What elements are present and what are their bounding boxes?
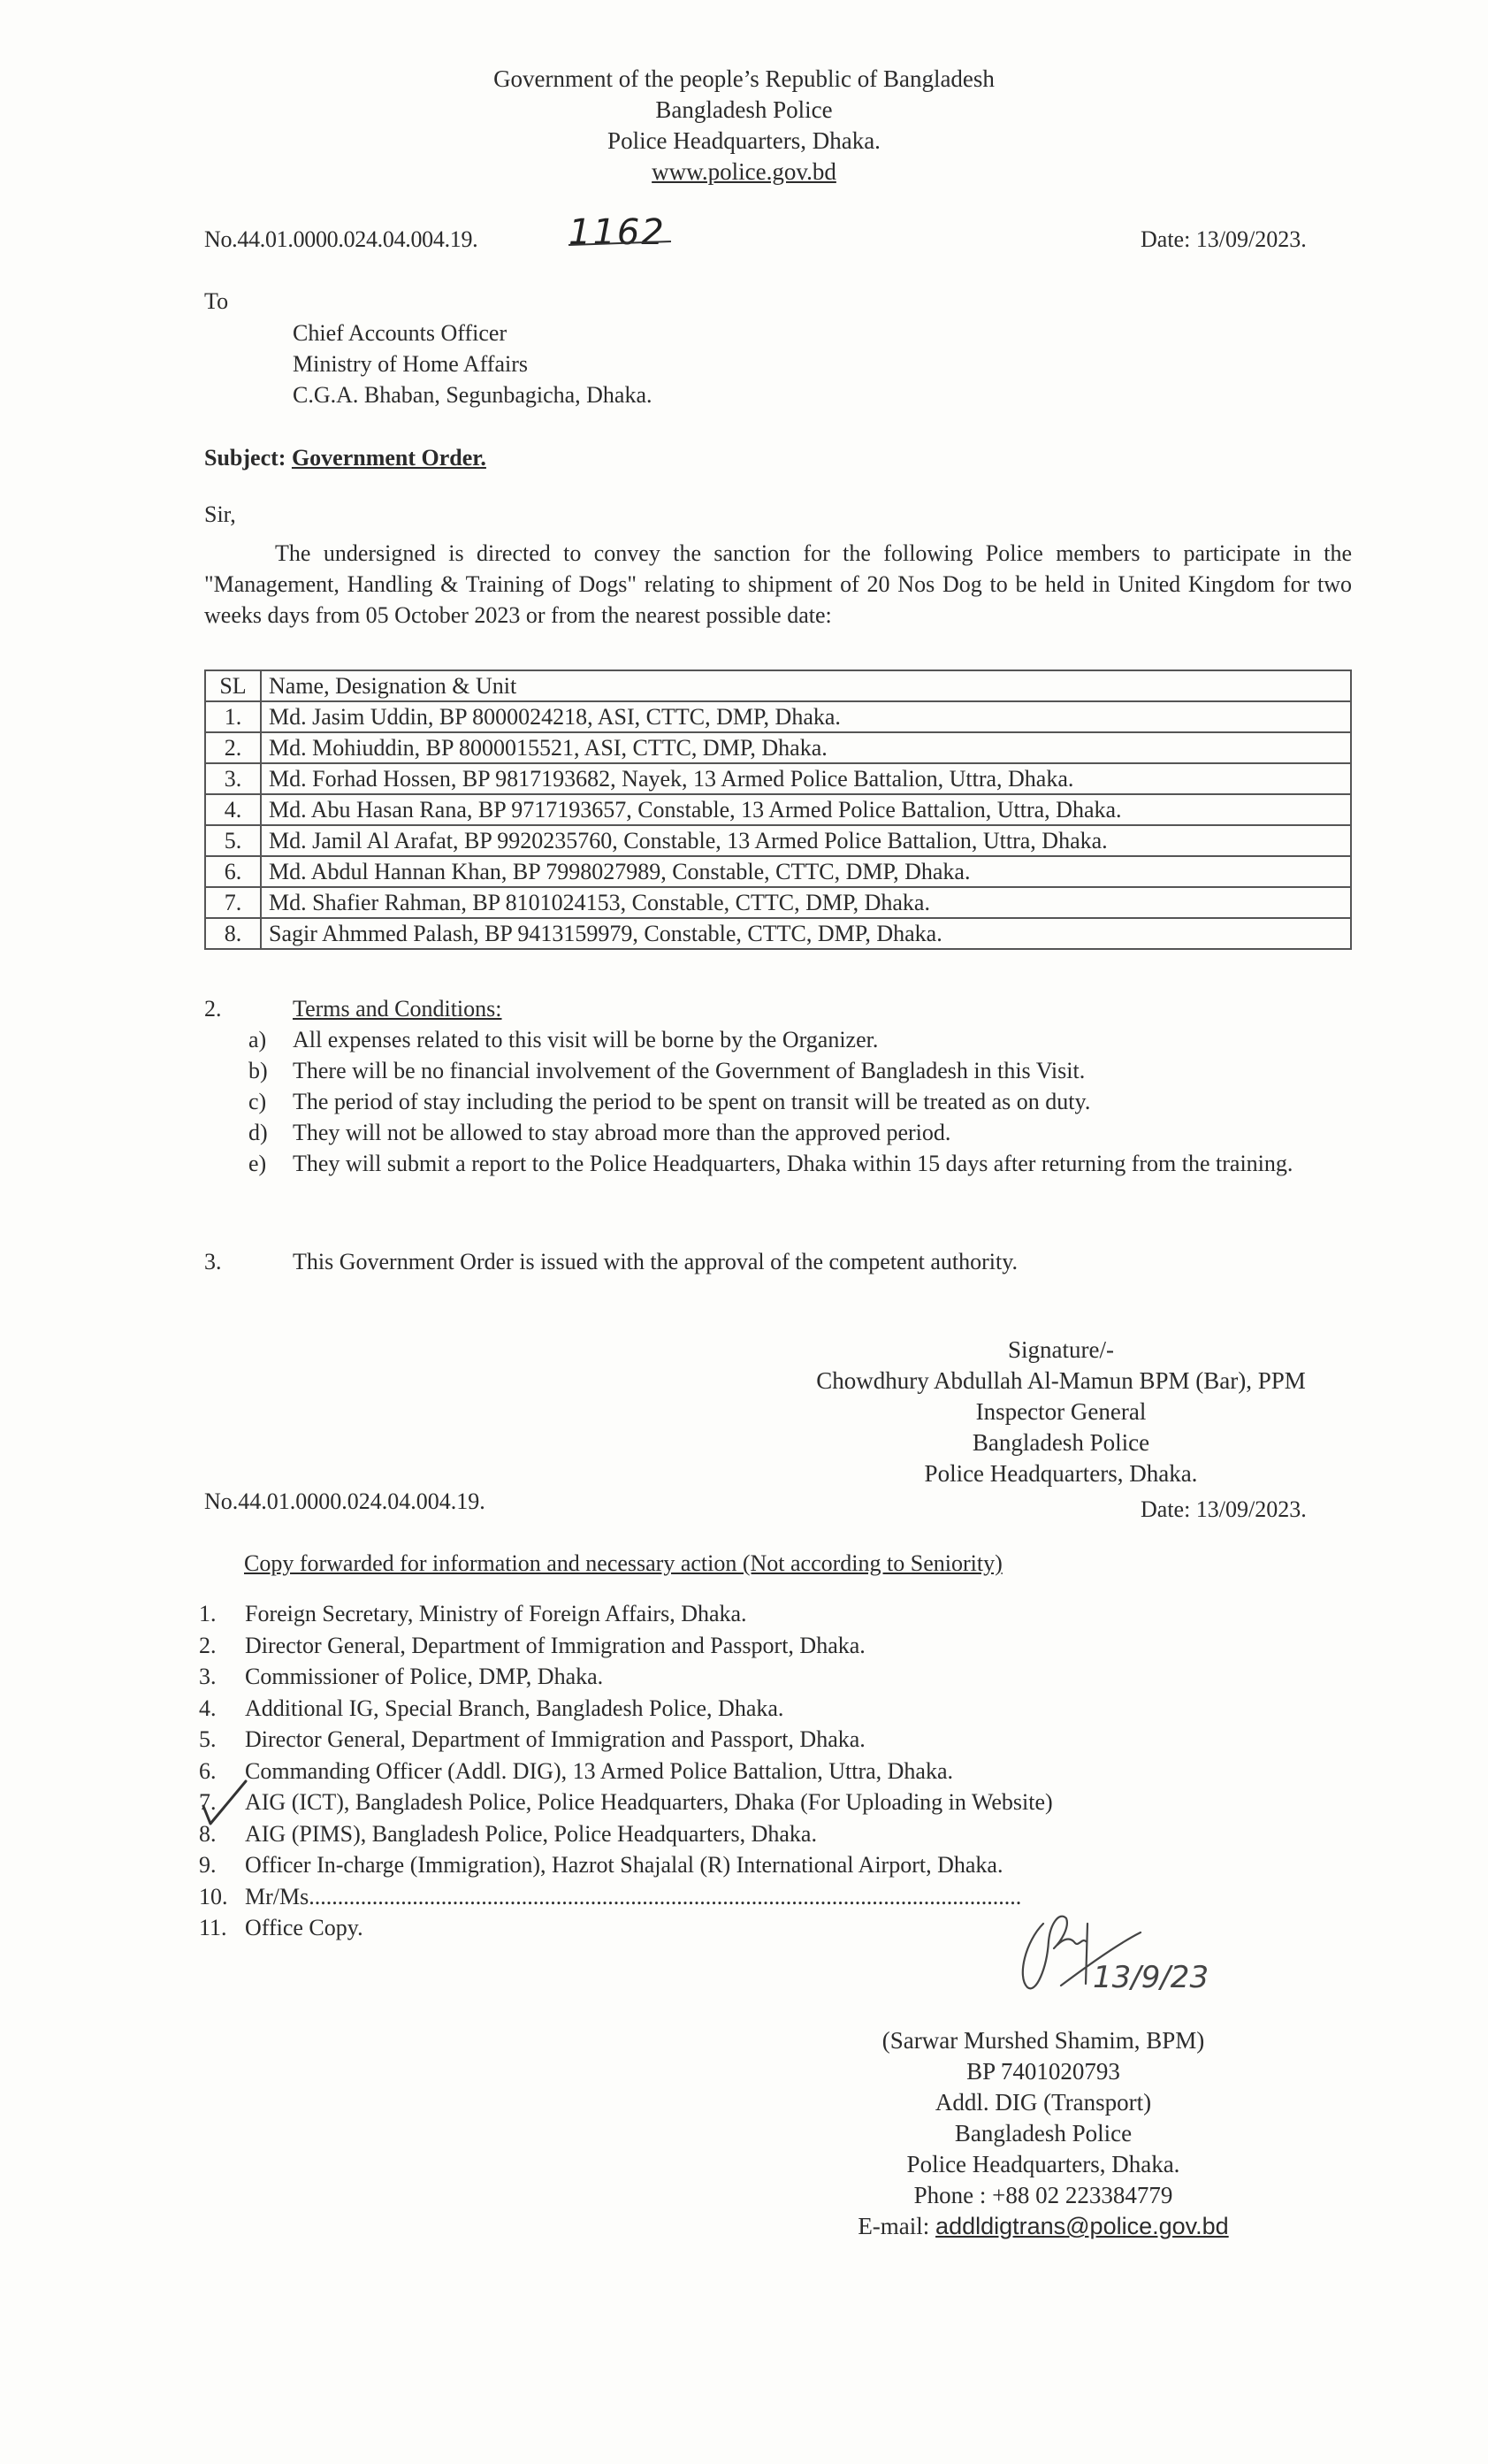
addressee-line: Ministry of Home Affairs [293, 348, 652, 379]
row-member-details: Md. Forhad Hossen, BP 9817193682, Nayek,… [261, 763, 1351, 794]
table-row: 4.Md. Abu Hasan Rana, BP 9717193657, Con… [205, 794, 1351, 825]
list-item-number: 1. [199, 1598, 245, 1630]
list-item-number: 5. [199, 1724, 245, 1756]
officer-name: (Sarwar Murshed Shamim, BPM) [796, 2025, 1291, 2056]
list-item-text: Mr/Ms...................................… [245, 1881, 1021, 1913]
row-member-details: Md. Jamil Al Arafat, BP 9920235760, Cons… [261, 825, 1351, 856]
list-item: 1.Foreign Secretary, Ministry of Foreign… [199, 1598, 1348, 1630]
table-row: 6.Md. Abdul Hannan Khan, BP 7998027989, … [205, 856, 1351, 887]
list-item-number: 2. [199, 1630, 245, 1662]
approval-clause: 3. This Government Order is issued with … [204, 1246, 1018, 1277]
issue-date: Date: 13/09/2023. [1141, 226, 1307, 253]
list-item: 2.Director General, Department of Immigr… [199, 1630, 1348, 1662]
terms-item-label: e) [248, 1148, 293, 1179]
handwritten-signature-icon: 13/9/23 [1008, 1906, 1220, 1999]
terms-item: e)They will submit a report to the Polic… [204, 1148, 1354, 1179]
signature-placeholder: Signature/- [760, 1335, 1362, 1366]
terms-item-text: The period of stay including the period … [293, 1086, 1354, 1117]
to-label: To [204, 286, 228, 317]
officer-title: Addl. DIG (Transport) [796, 2087, 1291, 2118]
row-member-details: Md. Mohiuddin, BP 8000015521, ASI, CTTC,… [261, 732, 1351, 763]
handwritten-memo-number: 1162 [568, 212, 666, 253]
signatory-org: Bangladesh Police [760, 1427, 1362, 1458]
office-name: Police Headquarters, Dhaka. [0, 126, 1488, 157]
row-member-details: Sagir Ahmmed Palash, BP 9413159979, Cons… [261, 918, 1351, 949]
table-row: 5.Md. Jamil Al Arafat, BP 9920235760, Co… [205, 825, 1351, 856]
list-item-text: Additional IG, Special Branch, Banglades… [245, 1693, 783, 1725]
copy-date: Date: 13/09/2023. [1141, 1496, 1307, 1523]
distribution-list: 1.Foreign Secretary, Ministry of Foreign… [199, 1598, 1348, 1944]
list-item: 3.Commissioner of Police, DMP, Dhaka. [199, 1661, 1348, 1693]
government-name: Government of the people’s Republic of B… [0, 64, 1488, 95]
row-member-details: Md. Abdul Hannan Khan, BP 7998027989, Co… [261, 856, 1351, 887]
signatory-name: Chowdhury Abdullah Al-Mamun BPM (Bar), P… [760, 1366, 1362, 1397]
reference-number: No.44.01.0000.024.04.004.19. [204, 226, 477, 253]
list-item: 8.AIG (PIMS), Bangladesh Police, Police … [199, 1818, 1348, 1850]
forwarding-officer-block: (Sarwar Murshed Shamim, BPM) BP 74010207… [796, 2025, 1291, 2242]
list-item-number: 10. [199, 1881, 245, 1913]
list-item-text: Commanding Officer (Addl. DIG), 13 Armed… [245, 1756, 953, 1787]
list-item-text: Director General, Department of Immigrat… [245, 1630, 866, 1662]
row-serial: 3. [205, 763, 261, 794]
terms-item: c)The period of stay including the perio… [204, 1086, 1354, 1117]
table-row: 8.Sagir Ahmmed Palash, BP 9413159979, Co… [205, 918, 1351, 949]
copy-reference-number: No.44.01.0000.024.04.004.19. [204, 1488, 485, 1515]
row-serial: 7. [205, 887, 261, 918]
list-item-number: 11. [199, 1912, 245, 1944]
table-row: 3.Md. Forhad Hossen, BP 9817193682, Naye… [205, 763, 1351, 794]
list-item-text: Commissioner of Police, DMP, Dhaka. [245, 1661, 603, 1693]
row-serial: 1. [205, 701, 261, 732]
terms-item: b)There will be no financial involvement… [204, 1055, 1354, 1086]
column-header-name: Name, Designation & Unit [261, 670, 1351, 701]
terms-item-label: b) [248, 1055, 293, 1086]
terms-item-text: There will be no financial involvement o… [293, 1055, 1354, 1086]
section-number: 3. [204, 1246, 293, 1277]
row-serial: 2. [205, 732, 261, 763]
officer-office: Police Headquarters, Dhaka. [796, 2149, 1291, 2180]
row-member-details: Md. Abu Hasan Rana, BP 9717193657, Const… [261, 794, 1351, 825]
list-item: 5.Director General, Department of Immigr… [199, 1724, 1348, 1756]
officer-bp-number: BP 7401020793 [796, 2056, 1291, 2087]
signatory-title: Inspector General [760, 1397, 1362, 1427]
officer-org: Bangladesh Police [796, 2118, 1291, 2149]
approval-text: This Government Order is issued with the… [293, 1246, 1018, 1277]
row-member-details: Md. Jasim Uddin, BP 8000024218, ASI, CTT… [261, 701, 1351, 732]
department-name: Bangladesh Police [0, 95, 1488, 126]
addressee-line: C.G.A. Bhaban, Segunbagicha, Dhaka. [293, 379, 652, 410]
table-row: 1.Md. Jasim Uddin, BP 8000024218, ASI, C… [205, 701, 1351, 732]
section-number: 2. [204, 993, 293, 1024]
row-serial: 8. [205, 918, 261, 949]
salutation: Sir, [204, 499, 236, 530]
signatory-block: Signature/- Chowdhury Abdullah Al-Mamun … [760, 1335, 1362, 1489]
officer-phone: Phone : +88 02 223384779 [796, 2180, 1291, 2211]
subject-label: Subject: [204, 445, 286, 471]
list-item-text: AIG (ICT), Bangladesh Police, Police Hea… [245, 1787, 1053, 1818]
terms-item-text: All expenses related to this visit will … [293, 1024, 1354, 1055]
column-header-sl: SL [205, 670, 261, 701]
terms-title: Terms and Conditions: [293, 993, 502, 1024]
signatory-office: Police Headquarters, Dhaka. [760, 1458, 1362, 1489]
table-header-row: SL Name, Designation & Unit [205, 670, 1351, 701]
terms-item-text: They will not be allowed to stay abroad … [293, 1117, 1354, 1148]
list-item: 4.Additional IG, Special Branch, Banglad… [199, 1693, 1348, 1725]
email-label: E-mail: [858, 2213, 935, 2239]
list-item-text: Office Copy. [245, 1912, 363, 1944]
list-item-text: AIG (PIMS), Bangladesh Police, Police He… [245, 1818, 817, 1850]
list-item-number: 4. [199, 1693, 245, 1725]
row-serial: 6. [205, 856, 261, 887]
terms-item: d)They will not be allowed to stay abroa… [204, 1117, 1354, 1148]
terms-section: 2. Terms and Conditions: a)All expenses … [204, 993, 1354, 1179]
addressee-block: Chief Accounts Officer Ministry of Home … [293, 318, 652, 410]
members-table: SL Name, Designation & Unit 1.Md. Jasim … [204, 670, 1352, 950]
terms-item-label: d) [248, 1117, 293, 1148]
table-row: 7.Md. Shafier Rahman, BP 8101024153, Con… [205, 887, 1351, 918]
signature-date: 13/9/23 [1093, 1960, 1209, 1995]
subject-text: Government Order. [292, 445, 486, 471]
list-item-number: 3. [199, 1661, 245, 1693]
addressee-line: Chief Accounts Officer [293, 318, 652, 348]
officer-email-line: E-mail: addldigtrans@police.gov.bd [796, 2211, 1291, 2242]
email-link[interactable]: addldigtrans@police.gov.bd [935, 2213, 1229, 2239]
list-item: 9.Officer In-charge (Immigration), Hazro… [199, 1849, 1348, 1881]
website-link[interactable]: www.police.gov.bd [652, 158, 836, 185]
list-item-text: Officer In-charge (Immigration), Hazrot … [245, 1849, 1003, 1881]
list-item-text: Director General, Department of Immigrat… [245, 1724, 866, 1756]
subject-line: Subject: Government Order. [204, 442, 486, 473]
row-serial: 5. [205, 825, 261, 856]
copy-forwarded-heading: Copy forwarded for information and neces… [244, 1548, 1003, 1579]
terms-item-text: They will submit a report to the Police … [293, 1148, 1354, 1179]
terms-item: a)All expenses related to this visit wil… [204, 1024, 1354, 1055]
list-item-text: Foreign Secretary, Ministry of Foreign A… [245, 1598, 747, 1630]
checkmark-icon [196, 1779, 249, 1825]
list-item: 7.AIG (ICT), Bangladesh Police, Police H… [199, 1787, 1348, 1818]
terms-item-label: c) [248, 1086, 293, 1117]
terms-item-label: a) [248, 1024, 293, 1055]
row-serial: 4. [205, 794, 261, 825]
list-item-number: 9. [199, 1849, 245, 1881]
table-row: 2.Md. Mohiuddin, BP 8000015521, ASI, CTT… [205, 732, 1351, 763]
row-member-details: Md. Shafier Rahman, BP 8101024153, Const… [261, 887, 1351, 918]
letterhead: Government of the people’s Republic of B… [0, 64, 1488, 187]
body-paragraph: The undersigned is directed to convey th… [204, 538, 1352, 631]
list-item: 6.Commanding Officer (Addl. DIG), 13 Arm… [199, 1756, 1348, 1787]
